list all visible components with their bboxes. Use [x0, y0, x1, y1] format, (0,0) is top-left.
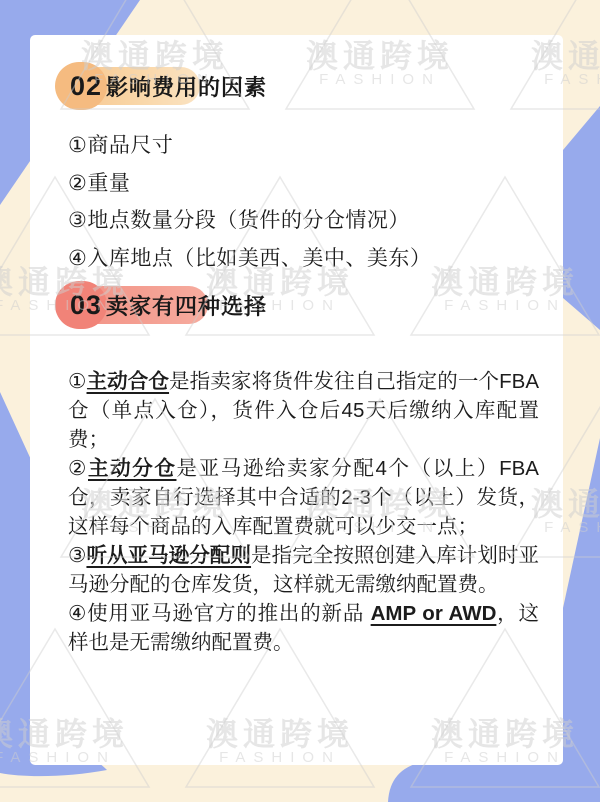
- body-text: ④使用亚马逊官方的推出的新品: [68, 602, 371, 625]
- infographic-page: { "colors": { "background_blue": "#97AAE…: [0, 0, 600, 802]
- choice-paragraph: ②主动分仓是亚马逊给卖家分配4个（以上）FBA仓，卖家自行选择其中合适的2-3个…: [68, 454, 539, 541]
- factor-item: ④入库地点（比如美西、美中、美东）: [68, 240, 548, 278]
- content-card: 02 影响费用的因素 ①商品尺寸②重量③地点数量分段（货件的分仓情况）④入库地点…: [30, 35, 563, 765]
- factor-item: ②重量: [68, 165, 548, 203]
- emphasized-term: 听从亚马逊分配则: [86, 544, 251, 567]
- factors-list: ①商品尺寸②重量③地点数量分段（货件的分仓情况）④入库地点（比如美西、美中、美东…: [68, 127, 548, 277]
- bottom-right-blue-corner: [388, 760, 600, 802]
- choice-paragraph: ①主动合仓是指卖家将货件发往自己指定的一个FBA仓（单点入仓），货件入仓后45天…: [68, 367, 539, 454]
- section-02-header: 02 影响费用的因素: [58, 66, 267, 106]
- factor-item: ③地点数量分段（货件的分仓情况）: [68, 202, 548, 240]
- emphasized-term: 主动分仓: [88, 457, 176, 480]
- emphasized-term: 主动合仓: [87, 370, 170, 393]
- section-03-number: 03: [70, 290, 102, 321]
- choices-paragraphs: ①主动合仓是指卖家将货件发往自己指定的一个FBA仓（单点入仓），货件入仓后45天…: [68, 367, 539, 657]
- section-03-header: 03 卖家有四种选择: [58, 285, 267, 325]
- factor-item: ①商品尺寸: [68, 127, 548, 165]
- section-02-title: 影响费用的因素: [106, 71, 267, 102]
- body-text: ①: [68, 370, 87, 393]
- choice-paragraph: ③听从亚马逊分配则是指完全按照创建入库计划时亚马逊分配的仓库发货，这样就无需缴纳…: [68, 541, 539, 599]
- body-text: ②: [68, 457, 88, 480]
- emphasized-term: AMP or AWD: [371, 602, 497, 625]
- choice-paragraph: ④使用亚马逊官方的推出的新品 AMP or AWD，这样也是无需缴纳配置费。: [68, 599, 539, 657]
- section-02-number: 02: [70, 71, 102, 102]
- section-03-title: 卖家有四种选择: [106, 290, 267, 321]
- body-text: ③: [68, 544, 86, 567]
